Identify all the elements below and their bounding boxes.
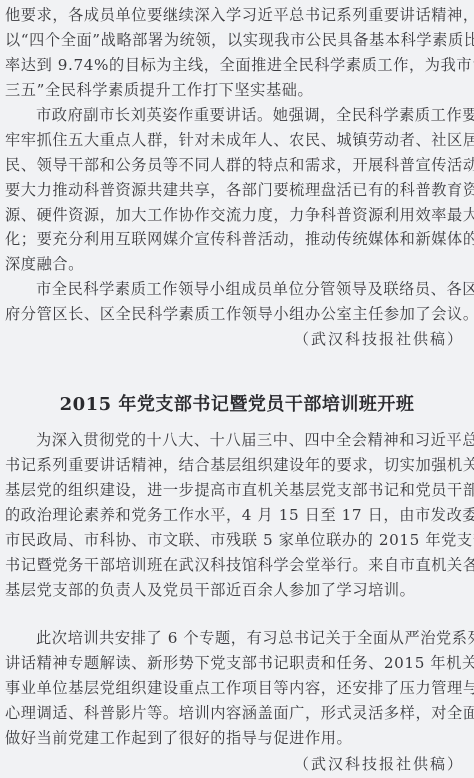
paragraph-line: 书记系列重要讲话精神，结合基层组织建设年的要求，切实加强机关	[5, 455, 469, 475]
paragraph-line: 源、硬件资源，加大工作协作交流力度，力争科普资源利用效率最大	[5, 205, 469, 225]
paragraph-line: 民、领导干部和公务员等不同人群的特点和需求，开展科普宣传活动；	[5, 155, 469, 175]
paragraph-line: 府分管区长、区全民科学素质工作领导小组办公室主任参加了会议。	[5, 304, 469, 324]
paragraph-line: 的政治理论素养和党务工作水平，4 月 15 日至 17 日，由市发改委、	[5, 505, 469, 525]
paragraph-line: 市全民科学素质工作领导小组成员单位分管领导及联络员、各区政	[36, 279, 469, 299]
article-title: 2015 年党支部书记暨党员干部培训班开班	[0, 393, 474, 417]
paragraph-line: 率达到 9.74%的目标为主线，全面推进全民科学素质工作，为我市“十	[5, 55, 469, 75]
paragraph-line: 基层党的组织建设，进一步提高市直机关基层党支部书记和党员干部	[5, 480, 469, 500]
paragraph-line: 他要求，各成员单位要继续深入学习近平总书记系列重要讲话精神，	[5, 5, 469, 25]
paragraph-line: 要大力推动科普资源共建共享，各部门要梳理盘活已有的科普教育资	[5, 180, 469, 200]
source-credit: （武汉科技报社供稿）	[294, 754, 464, 774]
paragraph-line: 心理调适、科普影片等。培训内容涵盖面广，形式灵活多样，对全面	[5, 703, 469, 723]
paragraph-line: 为深入贯彻党的十八大、十八届三中、四中全会精神和习近平总	[36, 430, 469, 450]
document-page: 他要求，各成员单位要继续深入学习近平总书记系列重要讲话精神， 以“四个全面”战略…	[0, 0, 474, 778]
paragraph-line: 牢牢抓住五大重点人群，针对未成年人、农民、城镇劳动者、社区居	[5, 130, 469, 150]
paragraph-line: 做好当前党建工作起到了很好的指导与促进作用。	[5, 728, 469, 748]
source-credit: （武汉科技报社供稿）	[294, 329, 464, 349]
paragraph-line: 此次培训共安排了 6 个专题，有习总书记关于全面从严治党系列	[36, 628, 469, 648]
paragraph-line: 市民政局、市科协、市文联、市残联 5 家单位联办的 2015 年党支部	[5, 530, 469, 550]
paragraph-line: 事业单位基层党组织建设重点工作项目等内容，还安排了压力管理与	[5, 678, 469, 698]
paragraph-line: 市政府副市长刘英姿作重要讲话。她强调，全民科学素质工作要	[36, 105, 469, 125]
paragraph-line: 基层党支部的负责人及党员干部近百余人参加了学习培训。	[5, 580, 469, 600]
paragraph-line: 以“四个全面”战略部署为统领，以实现我市公民具备基本科学素质比	[5, 30, 469, 50]
paragraph-line: 三五”全民科学素质提升工作打下坚实基础。	[5, 80, 469, 100]
paragraph-line: 深度融合。	[5, 254, 469, 274]
paragraph-line: 化；要充分利用互联网媒介宣传科普活动，推动传统媒体和新媒体的	[5, 229, 469, 249]
paragraph-line: 讲话精神专题解读、新形势下党支部书记职责和任务、2015 年机关	[5, 653, 469, 673]
paragraph-line: 书记暨党务干部培训班在武汉科技馆科学会堂举行。来自市直机关各	[5, 555, 469, 575]
